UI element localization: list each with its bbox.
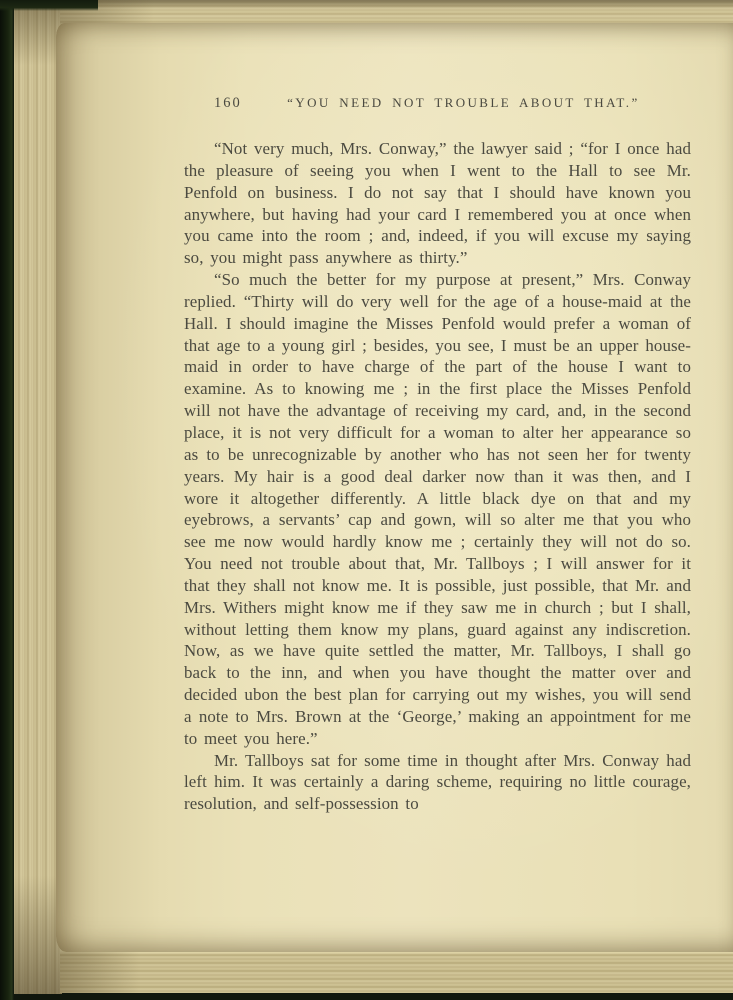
page-content: 160 “YOU NEED NOT TROUBLE ABOUT THAT.” “… <box>184 95 691 815</box>
running-header-title: “YOU NEED NOT TROUBLE ABOUT THAT.” <box>242 95 691 111</box>
book-cover-corner <box>0 0 98 11</box>
paragraph: “So much the better for my purpose at pr… <box>184 269 691 750</box>
paragraph: “Not very much, Mrs. Conway,” the lawyer… <box>184 138 691 269</box>
body-text: “Not very much, Mrs. Conway,” the lawyer… <box>184 138 691 815</box>
page-edges-bottom <box>60 949 733 993</box>
paragraph: Mr. Tallboys sat for some time in though… <box>184 750 691 816</box>
page-number: 160 <box>214 95 242 112</box>
book-scan: 160 “YOU NEED NOT TROUBLE ABOUT THAT.” “… <box>0 0 733 1000</box>
book-cover-edge <box>0 0 14 1000</box>
page-edges-left <box>14 6 62 994</box>
running-head: 160 “YOU NEED NOT TROUBLE ABOUT THAT.” <box>184 95 691 112</box>
book-page: 160 “YOU NEED NOT TROUBLE ABOUT THAT.” “… <box>56 23 733 952</box>
